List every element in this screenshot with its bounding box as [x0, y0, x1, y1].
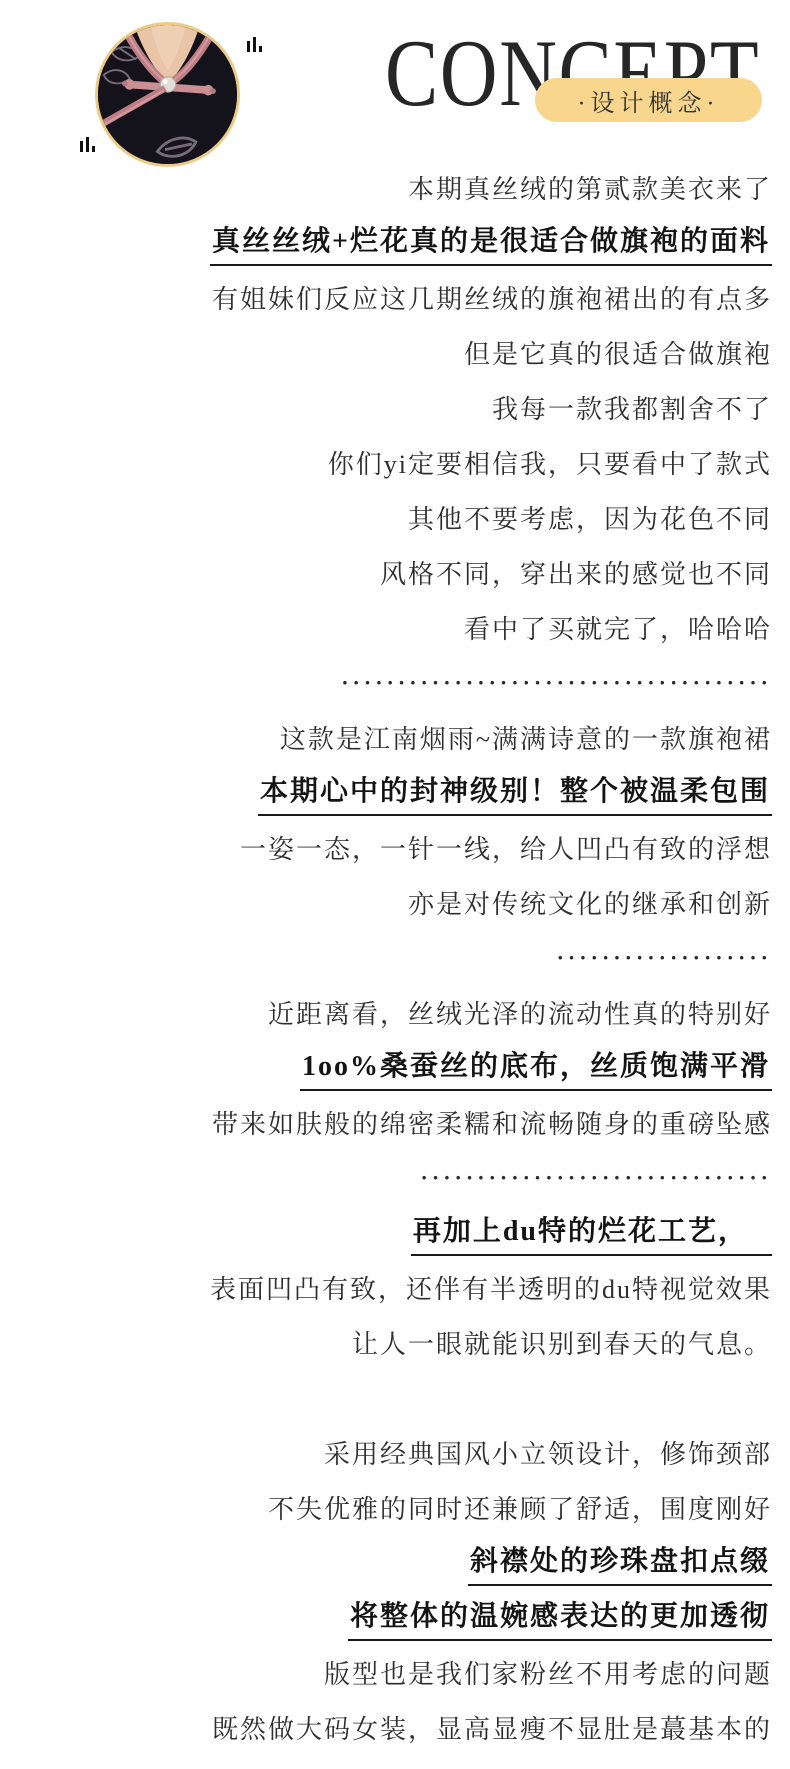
line-text: 采用经典国风小立领设计，修饰颈部 — [324, 1434, 772, 1471]
paragraph-line: 近距离看，丝绒光泽的流动性真的特别好 — [0, 985, 772, 1040]
line-text: 本期真丝绒的第贰款美衣来了 — [408, 169, 772, 206]
concept-badge: ·设计概念· — [535, 78, 762, 122]
line-text: 亦是对传统文化的继承和创新 — [408, 884, 772, 921]
line-text: 1oo%桑蚕丝的底布，丝质饱满平滑 — [300, 1044, 772, 1091]
line-text: 其他不要考虑，因为花色不同 — [408, 499, 772, 536]
line-text: 有姐妹们反应这几期丝绒的旗袍裙出的有点多 — [212, 279, 772, 316]
line-text: 你们yi定要相信我，只要看中了款式 — [328, 444, 772, 481]
hero-image — [95, 22, 240, 167]
paragraph-line: 风格不同，穿出来的感觉也不同 — [0, 545, 772, 600]
paragraph-line: 采用经典国风小立领设计，修饰颈部 — [0, 1425, 772, 1480]
equalizer-icon — [247, 37, 262, 52]
line-text: 版型也是我们家粉丝不用考虑的问题 — [324, 1654, 772, 1691]
line-text: 我每一款我都割舍不了 — [492, 389, 772, 426]
paragraph-line: 版型也是我们家粉丝不用考虑的问题 — [0, 1645, 772, 1700]
paragraph-line: 一姿一态，一针一线，给人凹凸有致的浮想 — [0, 820, 772, 875]
paragraph-line: 但是它真的很适合做旗袍 — [0, 325, 772, 380]
paragraph-line: 让人一眼就能识别到春天的气息。 — [0, 1315, 772, 1370]
line-text: 本期心中的封神级别！整个被温柔包围 — [258, 769, 772, 816]
line-text: 但是它真的很适合做旗袍 — [464, 334, 772, 371]
paragraph-line: 本期心中的封神级别！整个被温柔包围 — [0, 765, 772, 820]
line-text: 风格不同，穿出来的感觉也不同 — [380, 554, 772, 591]
paragraph-line: 其他不要考虑，因为花色不同 — [0, 490, 772, 545]
paragraph-line: 这款是江南烟雨~满满诗意的一款旗袍裙 — [0, 710, 772, 765]
paragraph-line: 真丝丝绒+烂花真的是很适合做旗袍的面料 — [0, 215, 772, 270]
dotted-divider: ······························· — [0, 1150, 772, 1205]
line-text: 将整体的温婉感表达的更加透彻 — [348, 1594, 772, 1641]
line-text: 表面凹凸有致，还伴有半透明的du特视觉效果 — [210, 1269, 772, 1306]
paragraph-line: 看中了买就完了，哈哈哈 — [0, 600, 772, 655]
dotted-divider: ······································ — [0, 655, 772, 710]
line-text: 近距离看，丝绒光泽的流动性真的特别好 — [268, 994, 772, 1031]
line-text: 看中了买就完了，哈哈哈 — [464, 609, 772, 646]
paragraph-line: 1oo%桑蚕丝的底布，丝质饱满平滑 — [0, 1040, 772, 1095]
line-text: 不失优雅的同时还兼顾了舒适，围度刚好 — [268, 1489, 772, 1526]
line-text: 斜襟处的珍珠盘扣点缀 — [468, 1539, 772, 1586]
qipao-collar-illustration — [98, 25, 237, 164]
line-text: 一姿一态，一针一线，给人凹凸有致的浮想 — [240, 829, 772, 866]
paragraph-line: 有姐妹们反应这几期丝绒的旗袍裙出的有点多 — [0, 270, 772, 325]
paragraph-line: 将整体的温婉感表达的更加透彻 — [0, 1590, 772, 1645]
content-column: 本期真丝绒的第贰款美衣来了 真丝丝绒+烂花真的是很适合做旗袍的面料 有姐妹们反应… — [0, 160, 772, 1755]
paragraph-line: 再加上du特的烂花工艺， — [0, 1205, 772, 1260]
line-text: 真丝丝绒+烂花真的是很适合做旗袍的面料 — [210, 219, 772, 266]
divider-dots: ······························· — [421, 1167, 772, 1189]
paragraph-line: 斜襟处的珍珠盘扣点缀 — [0, 1535, 772, 1590]
line-text: 这款是江南烟雨~满满诗意的一款旗袍裙 — [280, 719, 772, 756]
paragraph-line: 既然做大码女装，显高显瘦不显肚是蕞基本的 — [0, 1700, 772, 1755]
line-text: 让人一眼就能识别到春天的气息。 — [352, 1324, 772, 1361]
equalizer-icon — [80, 137, 95, 152]
page-root: { "header": { "title": "CONCEPT", "badge… — [0, 0, 790, 1769]
paragraph-line: 你们yi定要相信我，只要看中了款式 — [0, 435, 772, 490]
paragraph-line: 不失优雅的同时还兼顾了舒适，围度刚好 — [0, 1480, 772, 1535]
paragraph-line: 表面凹凸有致，还伴有半透明的du特视觉效果 — [0, 1260, 772, 1315]
paragraph-line: 本期真丝绒的第贰款美衣来了 — [0, 160, 772, 215]
line-text: 带来如肤般的绵密柔糯和流畅随身的重磅坠感 — [212, 1104, 772, 1141]
badge-label: ·设计概念· — [578, 83, 720, 118]
paragraph-line: 带来如肤般的绵密柔糯和流畅随身的重磅坠感 — [0, 1095, 772, 1150]
divider-dots: ······································ — [341, 672, 772, 694]
paragraph-line: 我每一款我都割舍不了 — [0, 380, 772, 435]
line-text: 再加上du特的烂花工艺， — [411, 1209, 772, 1256]
dotted-divider: ··················· — [0, 930, 772, 985]
line-text: 既然做大码女装，显高显瘦不显肚是蕞基本的 — [212, 1709, 772, 1746]
divider-dots: ··················· — [557, 947, 772, 969]
paragraph-line: 亦是对传统文化的继承和创新 — [0, 875, 772, 930]
